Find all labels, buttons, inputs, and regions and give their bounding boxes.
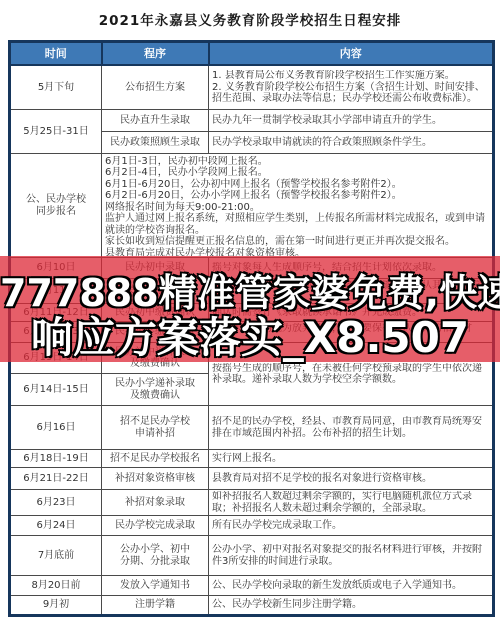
content-cell: 6月1日-3日，民办初中段网上报名。 6月2日-4日，民办小学段网上报名。 6月… [102,154,494,258]
time-cell: 6月14日-15日 [10,374,102,406]
table-row: 6月18日-19日 招不足民办学校报名 实行网上报名。 [10,450,494,468]
table-row: 7月底前 公办小学、初中 分期、分批录取 公办小学、初中对报名对象提交的报名材料… [10,536,494,576]
header-row: 时间 程序 内容 [10,42,494,65]
time-cell: 公、民办学校 同步报名 [10,154,102,258]
time-cell: 6月21日-22日 [10,468,102,490]
procedure-cell: 补招对象资格审核 [102,468,209,490]
watermark-text-line1: 777888精准管家婆免费,快速 [0,272,500,314]
procedure-cell: 招不足民办学校 申请补招 [102,406,209,450]
table-row: 9月初 注册学籍 公、民办学校新生同步注册学籍。 [10,596,494,616]
header-cell-content: 内容 [209,42,494,65]
procedure-cell: 民办小学递补录取 及缴费确认 [102,374,209,406]
procedure-cell: 公布招生方案 [102,65,209,110]
content-cell: 实行网上报名。 [209,450,494,468]
time-cell: 8月20日前 [10,576,102,596]
table-row: 5月下旬 公布招生方案 1. 县教育局公布义务教育阶段学校招生工作实施方案。 2… [10,65,494,110]
table-row: 6月23日 补招对象录取 如补招报名人数超过剩余学额的，实行电脑随机派位方式录取… [10,490,494,516]
time-cell: 7月底前 [10,536,102,576]
table-row: 6月16日 招不足民办学校 申请补招 招不足的民办学校，经县、市教育局同意，由市… [10,406,494,450]
table-row: 6月21日-22日 补招对象资格审核 县教育局对招不足学校的报名对象进行资格审核… [10,468,494,490]
content-cell: 所有民办学校完成录取工作。 [209,516,494,536]
procedure-cell: 民办政策照顾生录取 [102,132,209,154]
procedure-cell: 公办小学、初中 分期、分批录取 [102,536,209,576]
content-cell: 招不足的民办学校，经县、市教育局同意，由市教育局统筹安排在市域范围内补招。公布补… [209,406,494,450]
table-row: 5月25日-31日 民办直升生录取 民办九年一贯制学校录取其小学部申请直升的学生… [10,110,494,132]
time-cell: 5月下旬 [10,65,102,110]
content-cell: 1. 县教育局公布义务教育阶段学校招生工作实施方案。 2. 义务教育阶段学校公布… [209,65,494,110]
procedure-cell: 发放入学通知书 [102,576,209,596]
time-cell: 6月24日 [10,516,102,536]
procedure-cell: 民办直升生录取 [102,110,209,132]
time-cell: 9月初 [10,596,102,616]
content-cell: 公、民办学校新生同步注册学籍。 [209,596,494,616]
time-cell: 6月18日-19日 [10,450,102,468]
table-row: 公、民办学校 同步报名 6月1日-3日，民办初中段网上报名。 6月2日-4日，民… [10,154,494,258]
watermark-text-line2: 响应方案落实_X8.507 [0,315,500,361]
page-title: 2021年永嘉县义务教育阶段学校招生日程安排 [0,9,500,29]
time-cell: 6月16日 [10,406,102,450]
procedure-cell: 补招对象录取 [102,490,209,516]
time-cell: 5月25日-31日 [10,110,102,154]
content-cell: 如补招报名人数超过剩余学额的，实行电脑随机派位方式录取；补招报名人数未超过剩余学… [209,490,494,516]
header-cell-time: 时间 [10,42,102,65]
procedure-cell: 注册学籍 [102,596,209,616]
content-cell: 公办小学、初中对报名对象提交的报名材料进行审核，并按附件3所安排的时间进行录取。 [209,536,494,576]
table-row: 6月24日 民办学校完成录取 所有民办学校完成录取工作。 [10,516,494,536]
content-cell: 民办学校录取申请就读的符合政策照顾条件学生。 [209,132,494,154]
content-cell: 民办九年一贯制学校录取其小学部申请直升的学生。 [209,110,494,132]
procedure-cell: 民办学校完成录取 [102,516,209,536]
time-cell: 6月23日 [10,490,102,516]
content-cell: 公、民办学校向录取的新生发放纸质或电子入学通知书。 [209,576,494,596]
content-cell: 县教育局对招不足学校的报名对象进行资格审核。 [209,468,494,490]
table-row: 8月20日前 发放入学通知书 公、民办学校向录取的新生发放纸质或电子入学通知书。 [10,576,494,596]
header-cell-procedure: 程序 [102,42,209,65]
document-page: 2021年永嘉县义务教育阶段学校招生日程安排 时间 程序 内容 5月下旬 公布招… [0,0,500,619]
procedure-cell: 招不足民办学校报名 [102,450,209,468]
